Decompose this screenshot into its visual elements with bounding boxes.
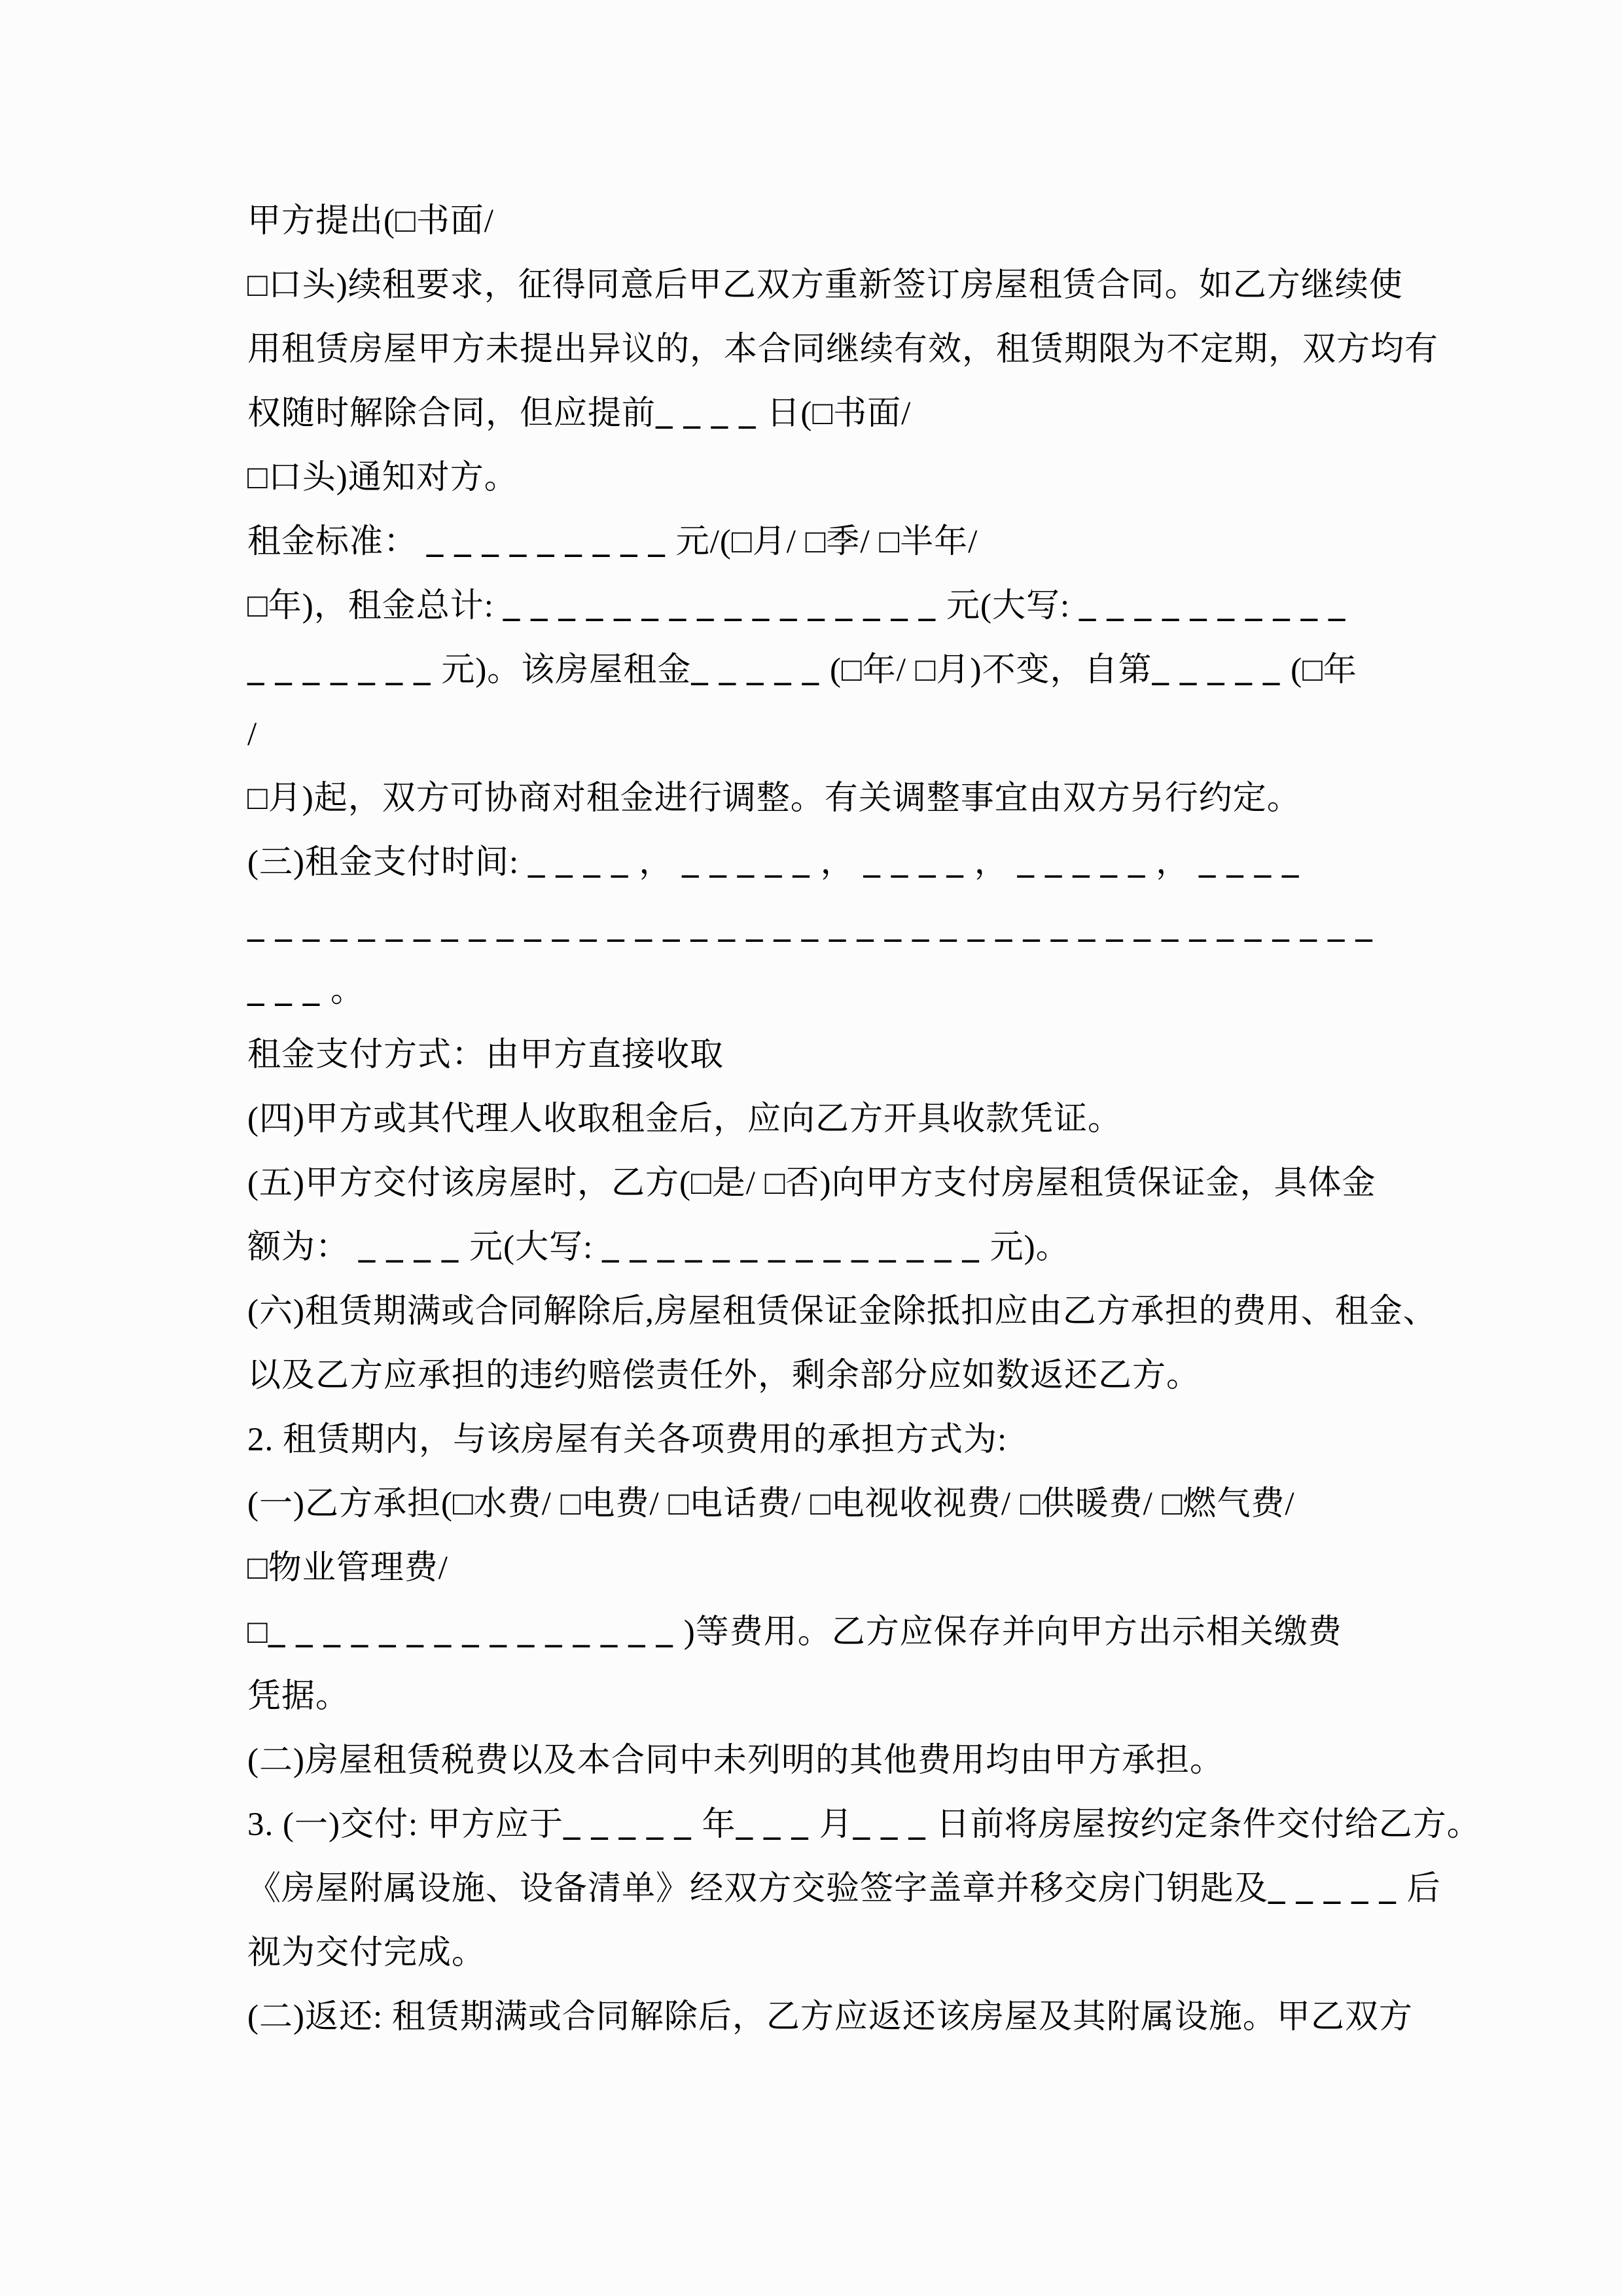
contract-line: (五)甲方交付该房屋时，乙方(□是/ □否)向甲方支付房屋租赁保证金，具体金: [247, 1151, 1406, 1215]
contract-line: (二)返还: 租赁期满或合同解除后，乙方应返还该房屋及其附属设施。甲乙双方: [247, 1985, 1406, 2049]
blank-underline: _____: [682, 844, 821, 881]
contract-line: 视为交付完成。: [247, 1921, 1406, 1985]
blank-underline: _____: [1268, 1871, 1407, 1907]
blank-underline: _____: [1152, 652, 1291, 689]
contract-line: (二)房屋租赁税费以及本合同中未列明的其他费用均由甲方承担。: [247, 1729, 1406, 1793]
contract-line: □口头)通知对方。: [247, 446, 1406, 510]
contract-line: □物业管理费/: [247, 1536, 1406, 1600]
blank-underline: ____: [656, 395, 766, 432]
contract-line: 3. (一)交付: 甲方应于_____年___月___日前将房屋按约定条件交付给…: [247, 1793, 1406, 1857]
contract-line: 《房屋附属设施、设备清单》经双方交验签字盖章并移交房门钥匙及_____后: [247, 1857, 1406, 1921]
blank-underline: ___: [247, 973, 330, 1009]
contract-line: (三)租金支付时间: ____， _____， ____， _____， ___…: [247, 831, 1406, 895]
contract-line: □月)起，双方可协商对租金进行调整。有关调整事宜由双方另行约定。: [247, 766, 1406, 831]
blank-underline: _______________: [268, 1614, 684, 1651]
blank-underline: ________________: [503, 588, 946, 624]
blank-underline: ___: [853, 1806, 936, 1843]
contract-line: 以及乙方应承担的违约赔偿责任外，剩余部分应如数返还乙方。: [247, 1344, 1406, 1408]
blank-underline: ____: [863, 844, 974, 881]
blank-underline: _______: [247, 652, 441, 689]
contract-line: 权随时解除合同，但应提前____日(□书面/: [247, 382, 1406, 446]
contract-line: □口头)续租要求，征得同意后甲乙双方重新签订房屋租赁合同。如乙方继续使: [247, 253, 1406, 317]
contract-line: ________________________________________…: [247, 895, 1406, 959]
blank-underline: ___: [736, 1806, 819, 1843]
contract-line: 额为： ____元(大写: ______________元)。: [247, 1215, 1406, 1280]
contract-line: □年)，租金总计: ________________元(大写: ________…: [247, 574, 1406, 638]
blank-underline: ____: [359, 1229, 469, 1266]
blank-underline: _________: [427, 524, 676, 560]
contract-line: □_______________)等费用。乙方应保存并向甲方出示相关缴费: [247, 1600, 1406, 1664]
contract-line: 用租赁房屋甲方未提出异议的，本合同继续有效，租赁期限为不定期，双方均有: [247, 317, 1406, 382]
contract-line: 租金支付方式：由甲方直接收取: [247, 1023, 1406, 1087]
contract-line: 租金标准： _________元/(□月/ □季/ □半年/: [247, 510, 1406, 574]
contract-line: (一)乙方承担(□水费/ □电费/ □电话费/ □电视收视费/ □供暖费/ □燃…: [247, 1472, 1406, 1536]
contract-line: (六)租赁期满或合同解除后,房屋租赁保证金除抵扣应由乙方承担的费用、租金、: [247, 1280, 1406, 1344]
contract-line: 甲方提出(□书面/: [247, 189, 1406, 253]
contract-line: ___。: [247, 959, 1406, 1023]
contract-line: 凭据。: [247, 1664, 1406, 1729]
blank-underline: ______________: [602, 1229, 990, 1266]
blank-underline: _____: [691, 652, 830, 689]
contract-text-block: 甲方提出(□书面/□口头)续租要求，征得同意后甲乙双方重新签订房屋租赁合同。如乙…: [247, 189, 1406, 2049]
blank-underline: ________________________________________…: [247, 908, 1383, 945]
contract-document-page: 甲方提出(□书面/□口头)续租要求，征得同意后甲乙双方重新签订房屋租赁合同。如乙…: [0, 0, 1623, 2296]
contract-line: 2. 租赁期内，与该房屋有关各项费用的承担方式为:: [247, 1408, 1406, 1472]
blank-underline: ____: [528, 844, 639, 881]
contract-line: (四)甲方或其代理人收取租金后，应向乙方开具收款凭证。: [247, 1087, 1406, 1151]
blank-underline: ____: [1199, 844, 1310, 881]
blank-underline: __________: [1079, 588, 1356, 624]
contract-line: /: [247, 702, 1406, 766]
blank-underline: _____: [1018, 844, 1156, 881]
contract-line: _______元)。该房屋租金_____(□年/ □月)不变，自第_____(□…: [247, 638, 1406, 702]
blank-underline: _____: [563, 1806, 702, 1843]
